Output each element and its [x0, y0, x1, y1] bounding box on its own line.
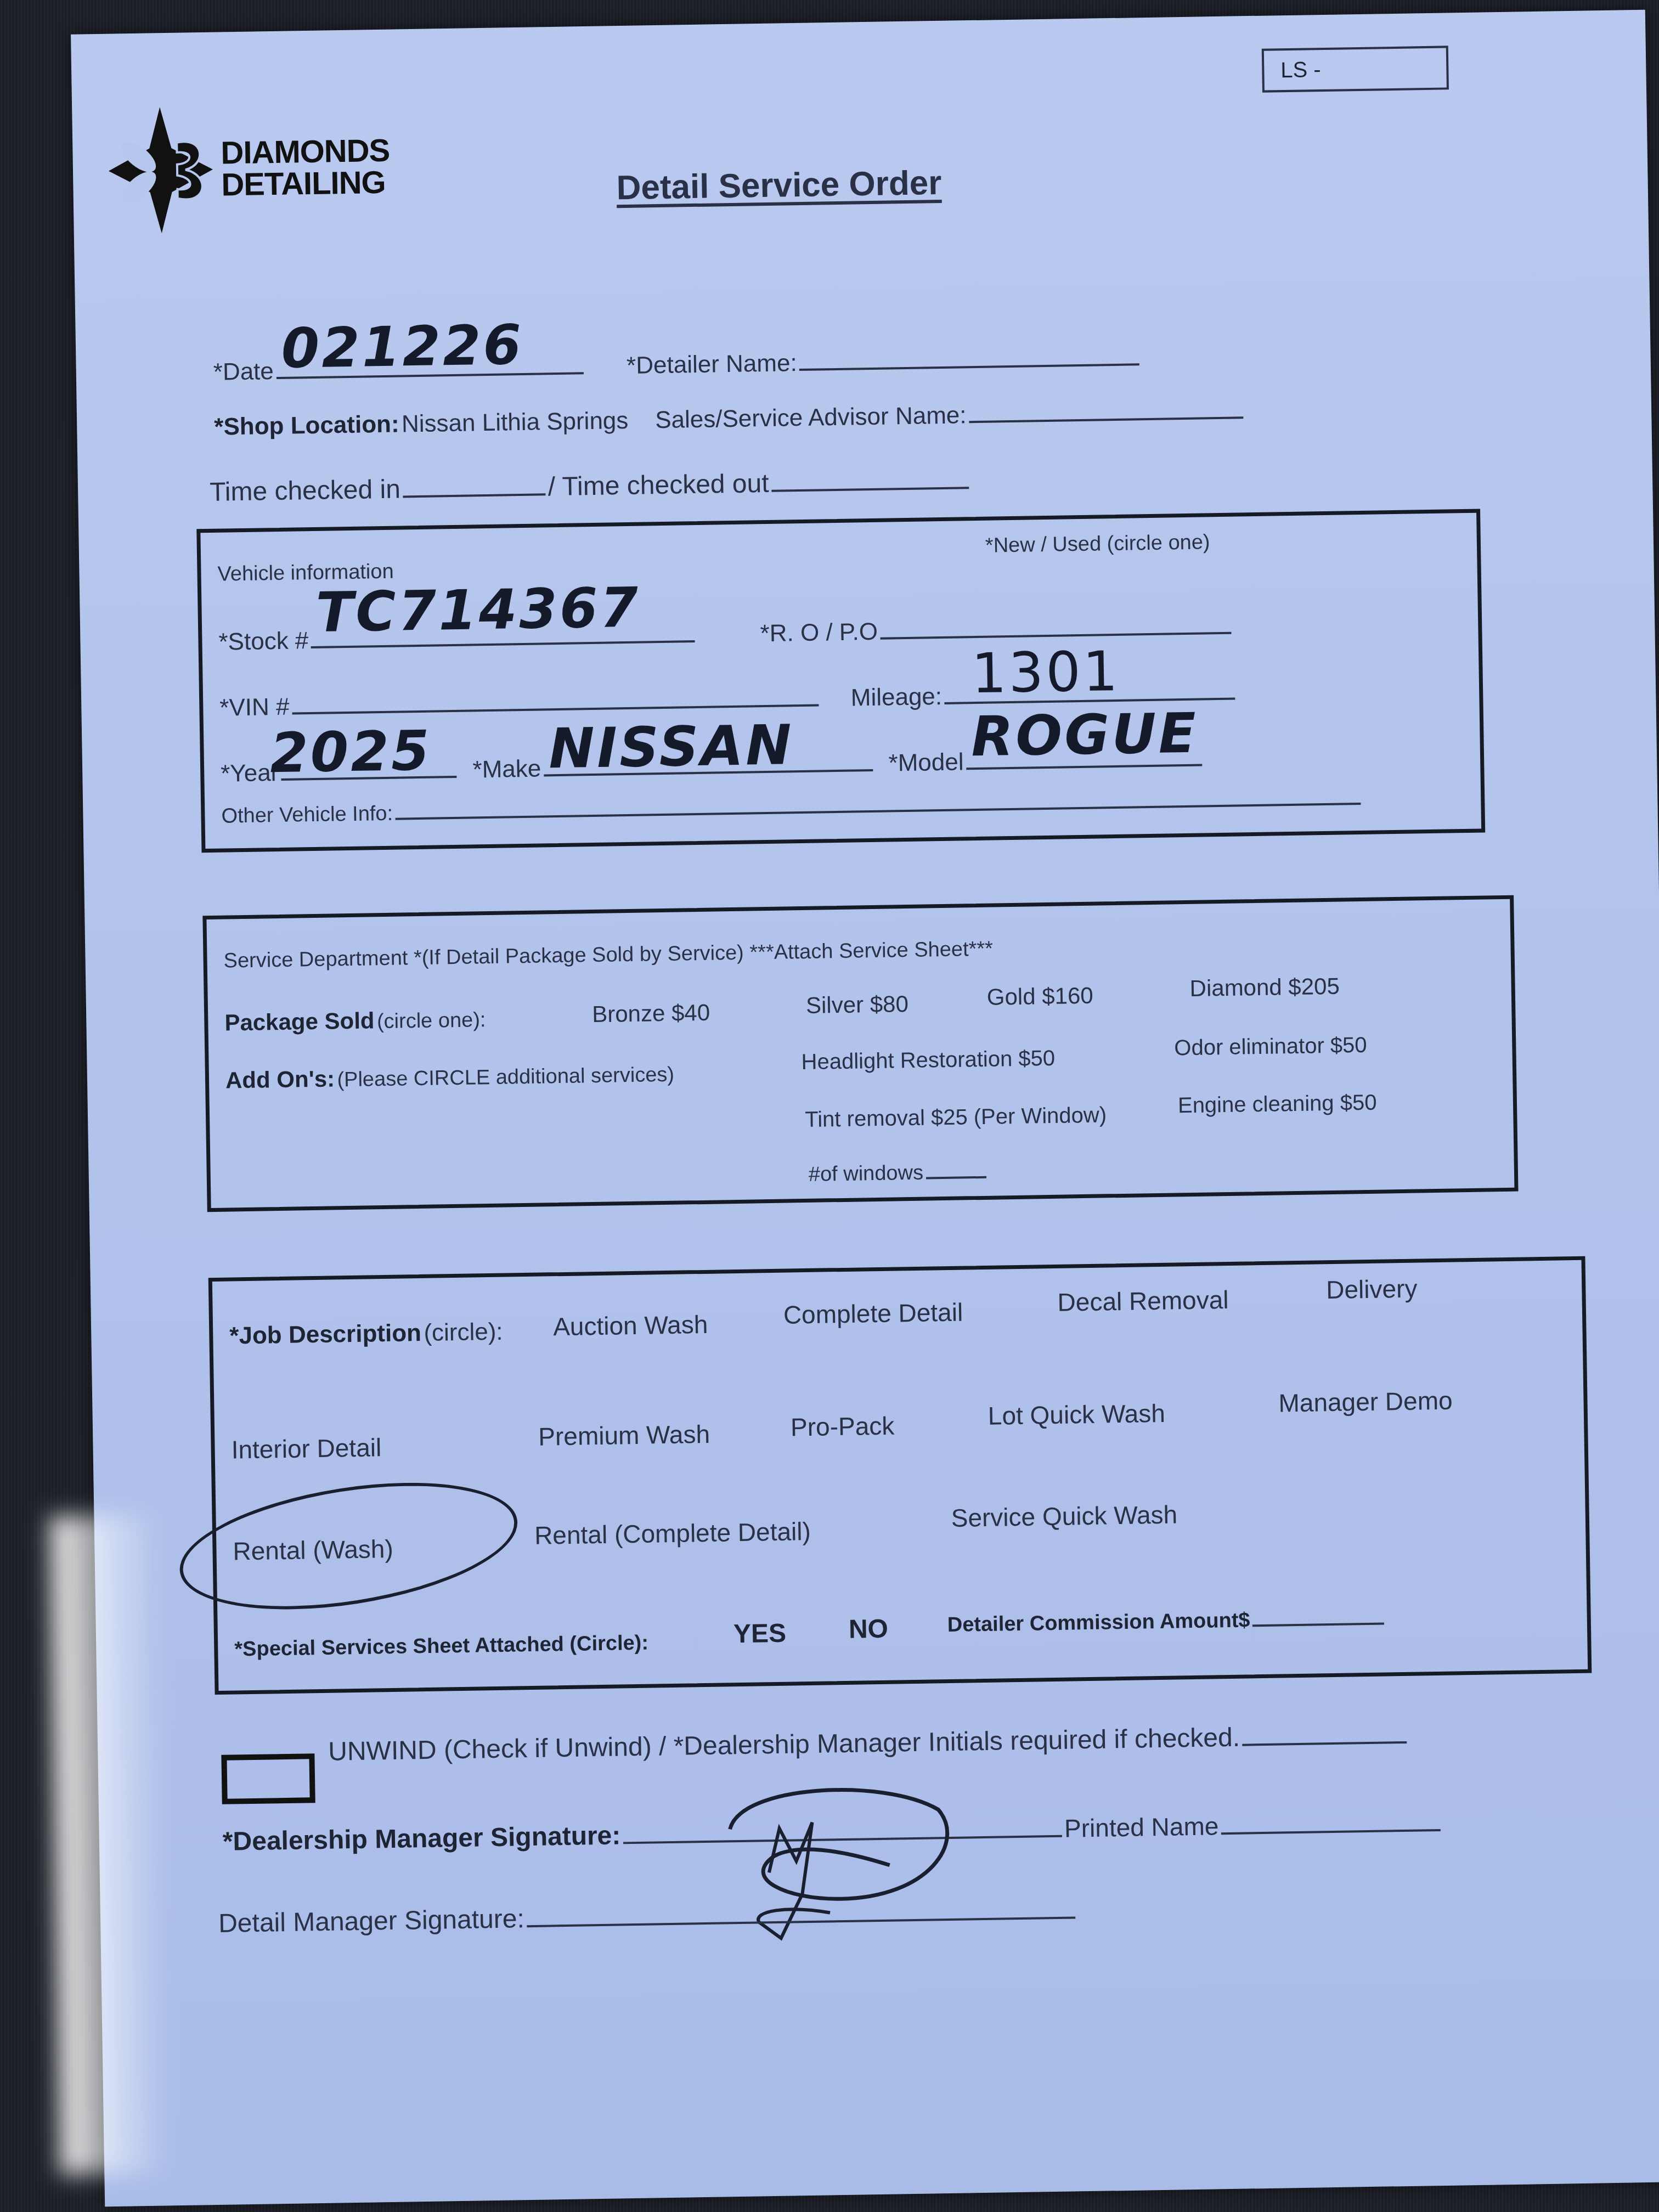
company-logo: DIAMONDS DETAILING: [94, 101, 391, 237]
advisor-field[interactable]: [969, 394, 1244, 423]
detailer-name-field[interactable]: [799, 341, 1140, 371]
time-in-label: Time checked in: [210, 475, 400, 506]
job-manager-demo[interactable]: Manager Demo: [1278, 1386, 1453, 1418]
windows-field[interactable]: [926, 1160, 986, 1180]
make-field[interactable]: NISSAN: [543, 736, 873, 776]
stock-label: *Stock #: [218, 627, 309, 656]
date-label: *Date: [213, 358, 274, 386]
unwind-row: UNWIND (Check if Unwind) / *Dealership M…: [328, 1720, 1407, 1767]
mileage-field[interactable]: 1301: [944, 665, 1235, 704]
advisor-label: Sales/Service Advisor Name:: [655, 402, 967, 433]
other-info-field[interactable]: [395, 786, 1361, 820]
vin-label: *VIN #: [219, 693, 290, 721]
job-decal-removal[interactable]: Decal Removal: [1057, 1285, 1229, 1317]
commission-row: Detailer Commission Amount$: [947, 1606, 1384, 1638]
unwind-initials-field[interactable]: [1242, 1725, 1407, 1746]
time-row: Time checked in / Time checked out: [210, 465, 969, 507]
service-department-section: Service Department *(If Detail Package S…: [202, 895, 1518, 1212]
ro-po-field[interactable]: [880, 610, 1232, 640]
job-rental-complete-detail[interactable]: Rental (Complete Detail): [534, 1516, 811, 1550]
vin-field[interactable]: [292, 682, 819, 715]
job-hint: (circle):: [424, 1318, 503, 1346]
addon-tint[interactable]: Tint removal $25 (Per Window): [805, 1103, 1107, 1132]
make-label: *Make: [472, 755, 541, 783]
model-field[interactable]: ROGUE: [966, 731, 1202, 770]
time-out-label: / Time checked out: [548, 469, 769, 501]
job-rental-wash[interactable]: Rental (Wash): [233, 1534, 393, 1566]
special-sheet-no[interactable]: NO: [848, 1614, 888, 1645]
detail-signature-field[interactable]: [527, 1900, 1075, 1927]
ro-po-label: *R. O / P.O: [760, 618, 878, 647]
diamond-logo-icon: [94, 103, 228, 237]
job-delivery[interactable]: Delivery: [1326, 1274, 1418, 1305]
special-sheet-label: *Special Services Sheet Attached (Circle…: [234, 1632, 648, 1661]
addon-engine[interactable]: Engine cleaning $50: [1178, 1091, 1377, 1119]
other-info-row: Other Vehicle Info:: [221, 786, 1361, 828]
job-auction-wash[interactable]: Auction Wash: [553, 1310, 708, 1341]
time-in-field[interactable]: [403, 471, 546, 498]
year-field[interactable]: 2025: [281, 743, 457, 781]
time-out-field[interactable]: [771, 465, 969, 492]
package-row: Package Sold (circle one):: [224, 1006, 486, 1036]
date-value: 021226: [281, 313, 524, 381]
unwind-checkbox[interactable]: [221, 1753, 315, 1804]
job-lot-quick-wash[interactable]: Lot Quick Wash: [988, 1398, 1165, 1431]
printed-name-field[interactable]: [1221, 1813, 1440, 1835]
package-gold[interactable]: Gold $160: [986, 983, 1093, 1011]
shop-location-label: *Shop Location:: [214, 410, 399, 440]
commission-label: Detailer Commission Amount$: [947, 1609, 1250, 1637]
logo-text: DIAMONDS DETAILING: [221, 135, 391, 201]
package-label: Package Sold: [224, 1007, 375, 1035]
dealership-signature-label: *Dealership Manager Signature:: [222, 1821, 620, 1856]
commission-field[interactable]: [1252, 1606, 1385, 1627]
light-glare: [50, 1515, 170, 2175]
service-dept-header: Service Department *(If Detail Package S…: [223, 938, 993, 973]
new-used-selector[interactable]: *New / Used (circle one): [985, 531, 1210, 557]
job-interior-detail[interactable]: Interior Detail: [231, 1432, 381, 1464]
ls-number-field[interactable]: LS -: [1262, 46, 1449, 92]
job-label: *Job Description: [229, 1319, 421, 1349]
job-complete-detail[interactable]: Complete Detail: [783, 1297, 963, 1330]
detailer-name-label: *Detailer Name:: [627, 349, 797, 379]
shop-row: *Shop Location: Nissan Lithia Springs Sa…: [214, 394, 1243, 441]
shop-location-value: Nissan Lithia Springs: [402, 407, 629, 437]
service-order-form: LS - DIAMONDS DETAILING Detail Service O…: [71, 10, 1659, 2207]
other-info-label: Other Vehicle Info:: [221, 802, 393, 828]
addons-hint: (Please CIRCLE additional services): [337, 1063, 674, 1092]
stock-value: TC714367: [315, 575, 641, 645]
package-hint: (circle one):: [377, 1008, 486, 1033]
addon-odor[interactable]: Odor eliminator $50: [1174, 1033, 1367, 1061]
year-value: 2025: [269, 719, 432, 786]
detail-signature-label: Detail Manager Signature:: [218, 1904, 524, 1938]
model-value: ROGUE: [970, 701, 1198, 769]
special-sheet-yes[interactable]: YES: [733, 1618, 787, 1650]
stock-field[interactable]: TC714367: [311, 596, 695, 648]
mileage-value: 1301: [971, 639, 1120, 706]
vehicle-info-section: Vehicle information *New / Used (circle …: [196, 509, 1485, 853]
date-row: *Date 021226 *Detailer Name:: [213, 325, 1140, 386]
package-silver[interactable]: Silver $80: [806, 991, 909, 1019]
unwind-label: UNWIND (Check if Unwind) / *Dealership M…: [328, 1723, 1240, 1767]
package-diamond[interactable]: Diamond $205: [1189, 973, 1340, 1002]
addons-label: Add On's:: [225, 1065, 335, 1093]
package-bronze[interactable]: Bronze $40: [592, 1000, 710, 1028]
windows-row: #of windows: [809, 1160, 986, 1187]
addons-row: Add On's: (Please CIRCLE additional serv…: [225, 1060, 675, 1094]
job-service-quick-wash[interactable]: Service Quick Wash: [951, 1499, 1177, 1532]
job-premium-wash[interactable]: Premium Wash: [538, 1419, 710, 1452]
model-label: *Model: [888, 748, 964, 776]
windows-label: #of windows: [809, 1161, 924, 1186]
date-field[interactable]: 021226: [275, 334, 583, 379]
special-sheet-row: *Special Services Sheet Attached (Circle…: [234, 1632, 648, 1662]
job-label-row: *Job Description (circle):: [229, 1318, 503, 1350]
printed-name-label: Printed Name: [1064, 1812, 1219, 1842]
addon-headlight[interactable]: Headlight Restoration $50: [801, 1046, 1055, 1075]
job-pro-pack[interactable]: Pro-Pack: [791, 1411, 895, 1442]
mileage-label: Mileage:: [850, 683, 942, 712]
make-value: NISSAN: [548, 713, 794, 781]
form-title: Detail Service Order: [616, 163, 942, 207]
job-description-section: *Job Description (circle): Auction Wash …: [208, 1256, 1592, 1695]
ls-label: LS -: [1280, 58, 1321, 83]
year-make-model-row: *Year 2025 *Make NISSAN *Model ROGUE: [220, 731, 1202, 788]
